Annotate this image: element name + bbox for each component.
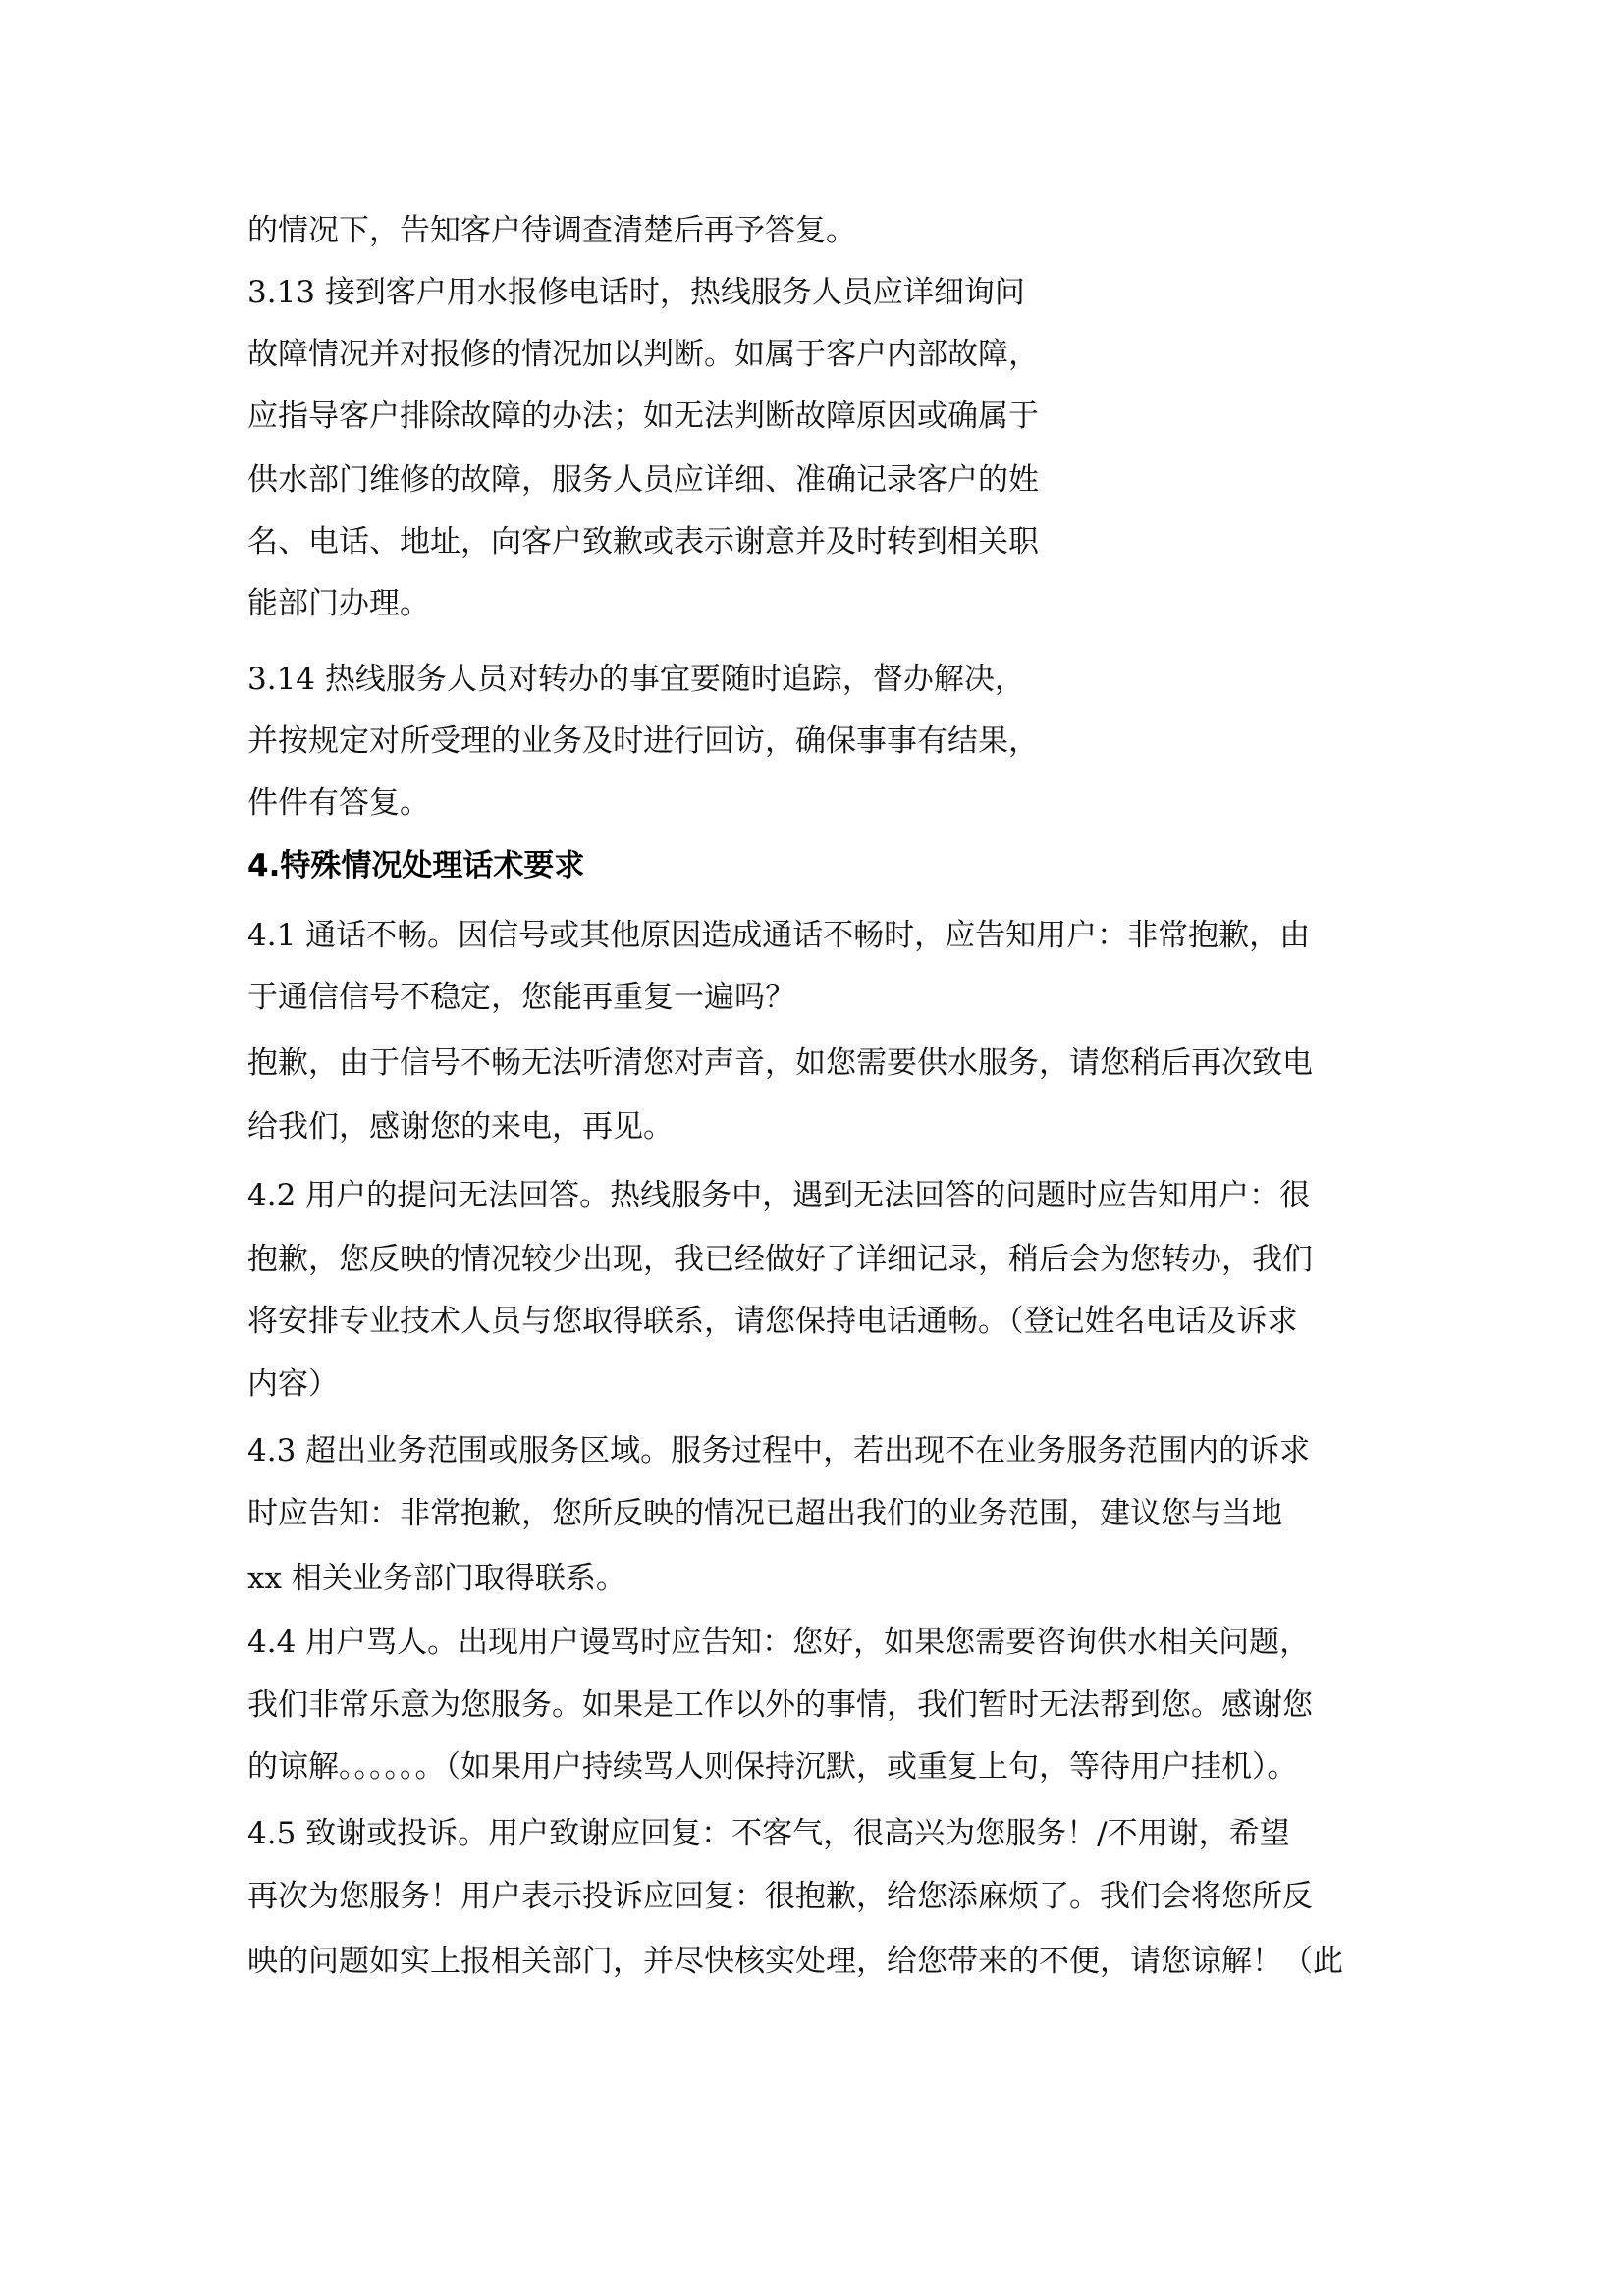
paragraph-line: 4.2 用户的提问无法回答。热线服务中，遇到无法回答的问题时应告知用户：很 (247, 1176, 1310, 1215)
paragraph-line: 3.14 热线服务人员对转办的事宜要随时追踪，督办解决， (247, 660, 1025, 699)
document-page: 的情况下，告知客户待调查清楚后再予答复。 3.13 接到客户用水报修电话时，热线… (0, 0, 1624, 2296)
paragraph-line: 4.1 通话不畅。因信号或其他原因造成通话不畅时，应告知用户：非常抱歉，由 (247, 916, 1310, 955)
paragraph-line: 的谅解。。。。。。（如果用户持续骂人则保持沉默，或重复上句，等待用户挂机）。 (247, 1747, 1298, 1787)
paragraph-line: 将安排专业技术人员与您取得联系，请您保持电话通畅。（登记姓名电话及诉求 (247, 1302, 1298, 1341)
paragraph-line: xx 相关业务部门取得联系。 (247, 1559, 626, 1598)
paragraph-line: 给我们，感谢您的来电，再见。 (247, 1107, 674, 1147)
paragraph-line: 时应告知：非常抱歉，您所反映的情况已超出我们的业务范围，建议您与当地 (247, 1494, 1282, 1533)
paragraph-line: 4.4 用户骂人。出现用户谩骂时应告知：您好，如果您需要咨询供水相关问题， (247, 1623, 1310, 1662)
paragraph-line: 内容） (247, 1364, 339, 1404)
paragraph-line: 抱歉，由于信号不畅无法听清您对声音，如您需要供水服务，请您稍后再次致电 (247, 1043, 1313, 1083)
paragraph-line: 我们非常乐意为您服务。如果是工作以外的事情，我们暂时无法帮到您。感谢您 (247, 1685, 1313, 1725)
paragraph-line: 名、电话、地址，向客户致歉或表示谢意并及时转到相关职 (247, 522, 1039, 561)
paragraph-line: 并按规定对所受理的业务及时进行回访，确保事事有结果， (247, 721, 1039, 761)
paragraph-line: 的情况下，告知客户待调查清楚后再予答复。 (247, 211, 856, 250)
paragraph-line: 4.3 超出业务范围或服务区域。服务过程中，若出现不在业务服务范围内的诉求 (247, 1431, 1310, 1470)
paragraph-line: 3.13 接到客户用水报修电话时，热线服务人员应详细询问 (247, 273, 1025, 312)
paragraph-line: 于通信信号不稳定，您能再重复一遍吗？ (247, 978, 795, 1017)
paragraph-line: 件件有答复。 (247, 783, 430, 823)
paragraph-line: 供水部门维修的故障，服务人员应详细、准确记录客户的姓 (247, 460, 1039, 500)
paragraph-line: 应指导客户排除故障的办法；如无法判断故障原因或确属于 (247, 397, 1039, 436)
paragraph-line: 抱歉，您反映的情况较少出现，我已经做好了详细记录，稍后会为您转办，我们 (247, 1240, 1313, 1279)
paragraph-line: 故障情况并对报修的情况加以判断。如属于客户内部故障， (247, 335, 1039, 374)
paragraph-line: 4.5 致谢或投诉。用户致谢应回复：不客气，很高兴为您服务！/不用谢，希望 (247, 1814, 1290, 1853)
paragraph-line: 能部门办理。 (247, 584, 430, 623)
paragraph-line: 映的问题如实上报相关部门，并尽快核实处理，给您带来的不便，请您谅解！（此 (247, 1942, 1343, 1981)
section-heading: 4.特殊情况处理话术要求 (247, 846, 584, 885)
paragraph-line: 再次为您服务！用户表示投诉应回复：很抱歉，给您添麻烦了。我们会将您所反 (247, 1877, 1313, 1916)
